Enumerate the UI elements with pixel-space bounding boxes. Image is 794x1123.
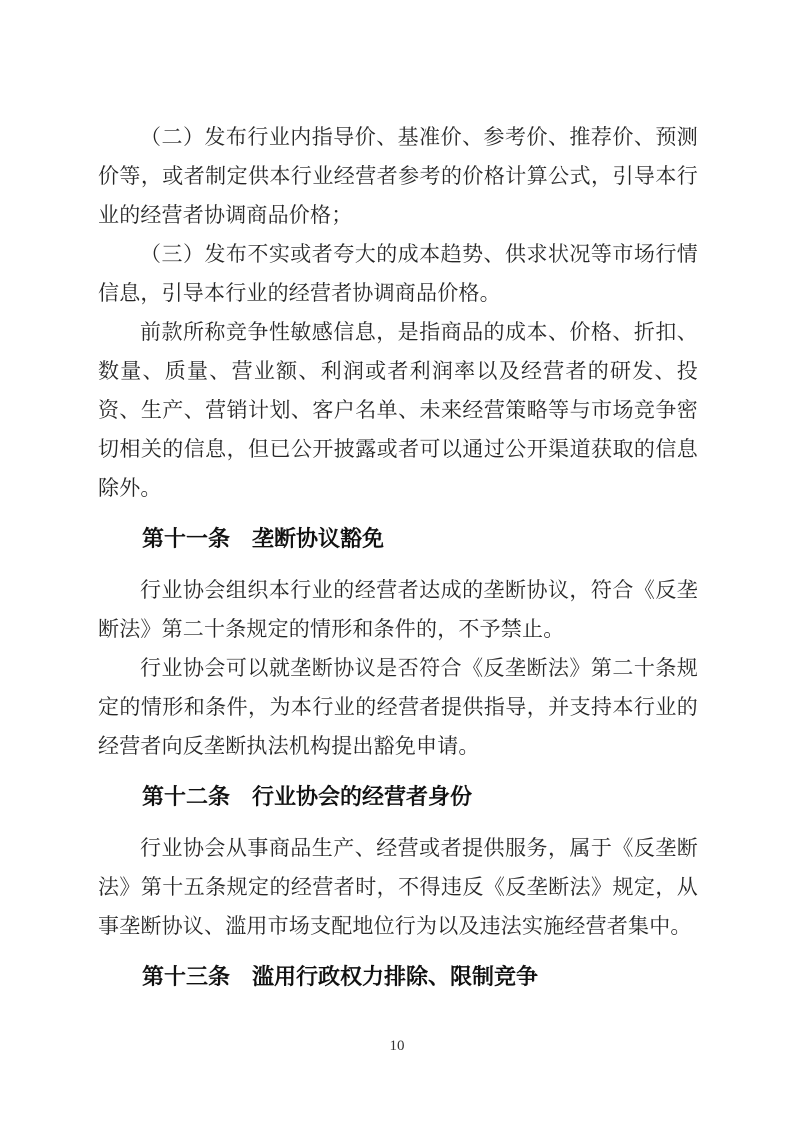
body-paragraph: 前款所称竞争性敏感信息，是指商品的成本、价格、折扣、数量、质量、营业额、利润或者… — [98, 313, 698, 508]
document-page: （二）发布行业内指导价、基准价、参考价、推荐价、预测价等，或者制定供本行业经营者… — [0, 0, 794, 1123]
body-paragraph: 行业协会组织本行业的经营者达成的垄断协议，符合《反垄断法》第二十条规定的情形和条… — [98, 571, 698, 649]
article-heading: 第十一条 垄断协议豁免 — [98, 519, 698, 559]
article-heading: 第十三条 滥用行政权力排除、限制竞争 — [98, 957, 698, 997]
document-body: （二）发布行业内指导价、基准价、参考价、推荐价、预测价等，或者制定供本行业经营者… — [98, 118, 698, 1009]
article-heading: 第十二条 行业协会的经营者身份 — [98, 777, 698, 817]
body-paragraph: （三）发布不实或者夸大的成本趋势、供求状况等市场行情信息，引导本行业的经营者协调… — [98, 235, 698, 313]
page-number: 10 — [0, 1036, 794, 1056]
body-paragraph: 行业协会从事商品生产、经营或者提供服务，属于《反垄断法》第十五条规定的经营者时，… — [98, 829, 698, 946]
body-paragraph: （二）发布行业内指导价、基准价、参考价、推荐价、预测价等，或者制定供本行业经营者… — [98, 118, 698, 235]
body-paragraph: 行业协会可以就垄断协议是否符合《反垄断法》第二十条规定的情形和条件，为本行业的经… — [98, 649, 698, 766]
